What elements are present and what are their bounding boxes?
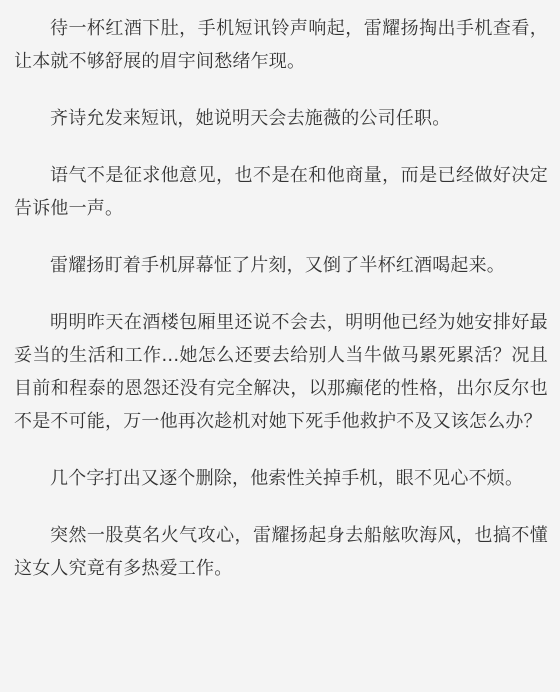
paragraph-1: 待一杯红酒下肚，手机短讯铃声响起，雷耀扬掏出手机查看，让本就不够舒展的眉宇间愁绪… — [14, 12, 548, 78]
paragraph-3: 语气不是征求他意见，也不是在和他商量，而是已经做好决定告诉他一声。 — [14, 159, 548, 225]
article-body: 待一杯红酒下肚，手机短讯铃声响起，雷耀扬掏出手机查看，让本就不够舒展的眉宇间愁绪… — [0, 0, 560, 585]
paragraph-6: 几个字打出又逐个删除，他索性关掉手机，眼不见心不烦。 — [14, 462, 548, 495]
paragraph-7: 突然一股莫名火气攻心，雷耀扬起身去船舷吹海风，也搞不懂这女人究竟有多热爱工作。 — [14, 519, 548, 585]
paragraph-4: 雷耀扬盯着手机屏幕怔了片刻，又倒了半杯红酒喝起来。 — [14, 249, 548, 282]
paragraph-2: 齐诗允发来短讯，她说明天会去施薇的公司任职。 — [14, 102, 548, 135]
paragraph-5: 明明昨天在酒楼包厢里还说不会去，明明他已经为她安排好最妥当的生活和工作...她怎… — [14, 306, 548, 438]
